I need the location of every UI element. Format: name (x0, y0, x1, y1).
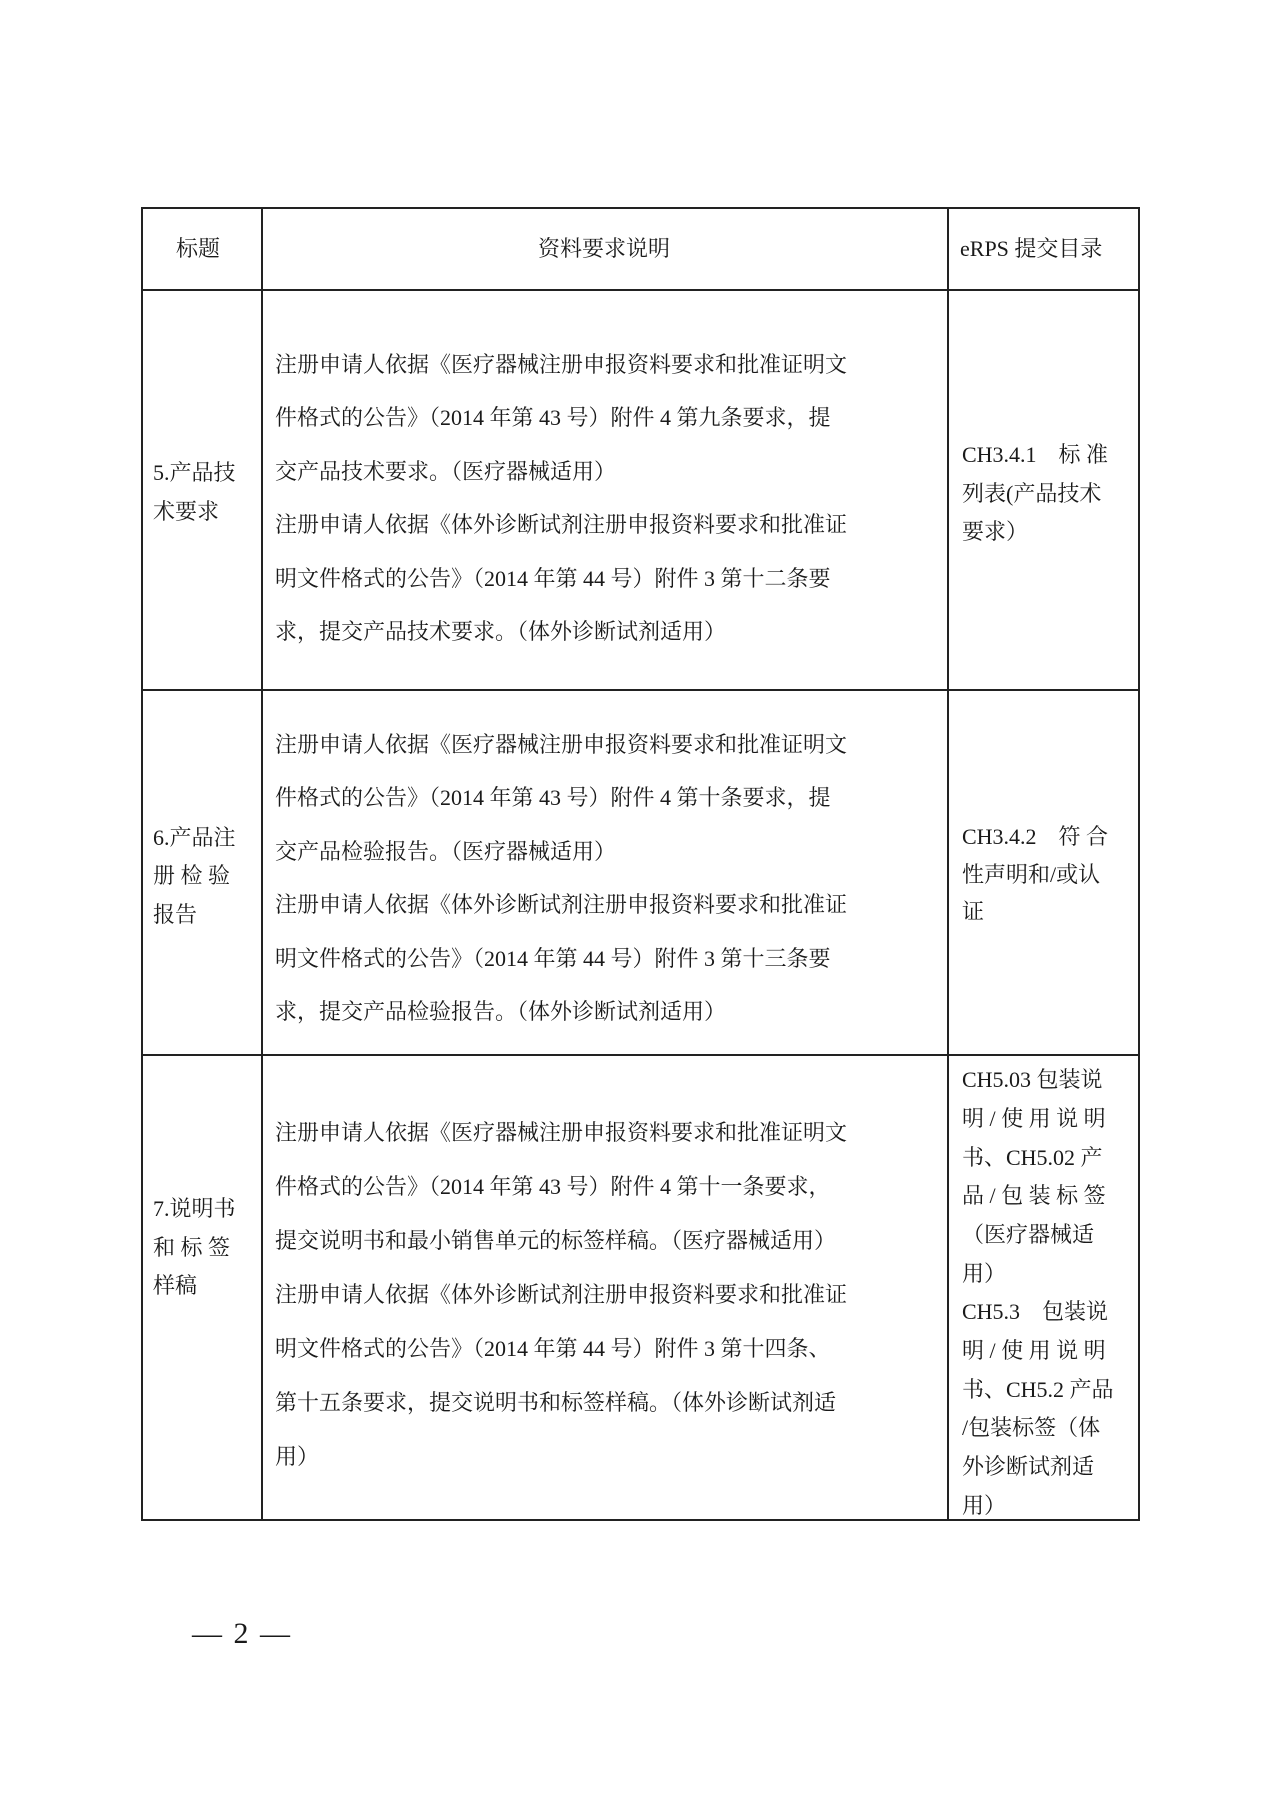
erps-line: 用） (962, 1494, 1006, 1518)
erps-line: 列表(产品技术 (962, 482, 1101, 506)
erps-line: 明 / 使 用 说 明 (962, 1339, 1106, 1363)
table-border-left (141, 207, 143, 1521)
erps-line: CH5.03 包装说 (962, 1068, 1103, 1092)
erps-line: 证 (962, 900, 984, 924)
requirement-line: 用） (275, 1445, 319, 1469)
requirement-line: 注册申请人依据《医疗器械注册申报资料要求和批准证明文 (275, 353, 847, 377)
requirement-line: 注册申请人依据《医疗器械注册申报资料要求和批准证明文 (275, 733, 847, 757)
document-page: 标题 资料要求说明 eRPS 提交目录 5.产品技 术要求 注册申请人依据《医疗… (0, 0, 1280, 1810)
header-divider (141, 289, 1140, 291)
requirement-line: 件格式的公告》（2014 年第 43 号）附件 4 第十一条要求， (275, 1175, 831, 1199)
header-requirement: 资料要求说明 (538, 237, 670, 261)
title-line: 术要求 (153, 500, 219, 524)
header-title: 标题 (176, 237, 220, 261)
title-line: 样稿 (153, 1274, 197, 1298)
title-line: 7.说明书 (153, 1197, 236, 1221)
requirement-line: 注册申请人依据《体外诊断试剂注册申报资料要求和批准证 (275, 893, 847, 917)
erps-line: （医疗器械适 (962, 1223, 1094, 1247)
requirement-line: 第十五条要求，提交说明书和标签样稿。（体外诊断试剂适 (275, 1391, 836, 1415)
erps-line: 性声明和/或认 (962, 863, 1100, 887)
page-number: — 2 — (192, 1617, 292, 1651)
erps-line: /包装标签（体 (962, 1416, 1100, 1440)
erps-line: 书、CH5.2 产品 (962, 1378, 1114, 1402)
erps-line: 要求） (962, 520, 1028, 544)
requirement-line: 注册申请人依据《体外诊断试剂注册申报资料要求和批准证 (275, 1283, 847, 1307)
erps-line: CH5.3 包装说 (962, 1300, 1108, 1324)
title-line: 册 检 验 (153, 864, 230, 888)
requirement-line: 求，提交产品检验报告。（体外诊断试剂适用） (275, 1000, 726, 1024)
requirement-line: 件格式的公告》（2014 年第 43 号）附件 4 第十条要求，提 (275, 786, 831, 810)
erps-line: 书、CH5.02 产 (962, 1146, 1103, 1170)
requirement-line: 注册申请人依据《体外诊断试剂注册申报资料要求和批准证 (275, 513, 847, 537)
requirement-line: 注册申请人依据《医疗器械注册申报资料要求和批准证明文 (275, 1121, 847, 1145)
requirement-line: 明文件格式的公告》（2014 年第 44 号）附件 3 第十二条要 (275, 567, 831, 591)
requirement-line: 明文件格式的公告》（2014 年第 44 号）附件 3 第十四条、 (275, 1337, 831, 1361)
erps-line: 品 / 包 装 标 签 (962, 1184, 1106, 1208)
column-divider (947, 207, 949, 1521)
row-divider (141, 689, 1140, 691)
requirement-line: 交产品技术要求。（医疗器械适用） (275, 460, 616, 484)
table-border-right (1138, 207, 1140, 1521)
column-divider (261, 207, 263, 1521)
title-line: 和 标 签 (153, 1236, 230, 1260)
erps-line: 外诊断试剂适 (962, 1455, 1094, 1479)
requirement-line: 明文件格式的公告》（2014 年第 44 号）附件 3 第十三条要 (275, 947, 831, 971)
title-line: 报告 (153, 903, 197, 927)
table-border-top (141, 207, 1140, 209)
title-line: 5.产品技 (153, 461, 236, 485)
requirement-line: 件格式的公告》（2014 年第 43 号）附件 4 第九条要求，提 (275, 406, 831, 430)
requirement-line: 提交说明书和最小销售单元的标签样稿。（医疗器械适用） (275, 1229, 836, 1253)
title-line: 6.产品注 (153, 826, 236, 850)
requirement-line: 交产品检验报告。（医疗器械适用） (275, 840, 616, 864)
erps-line: 用） (962, 1262, 1006, 1286)
row-divider (141, 1054, 1140, 1056)
erps-line: CH3.4.1 标 准 (962, 443, 1108, 467)
erps-line: 明 / 使 用 说 明 (962, 1107, 1106, 1131)
header-erps: eRPS 提交目录 (960, 237, 1102, 261)
table-border-bottom (141, 1519, 1140, 1521)
erps-line: CH3.4.2 符 合 (962, 825, 1108, 849)
requirement-line: 求，提交产品技术要求。（体外诊断试剂适用） (275, 620, 726, 644)
